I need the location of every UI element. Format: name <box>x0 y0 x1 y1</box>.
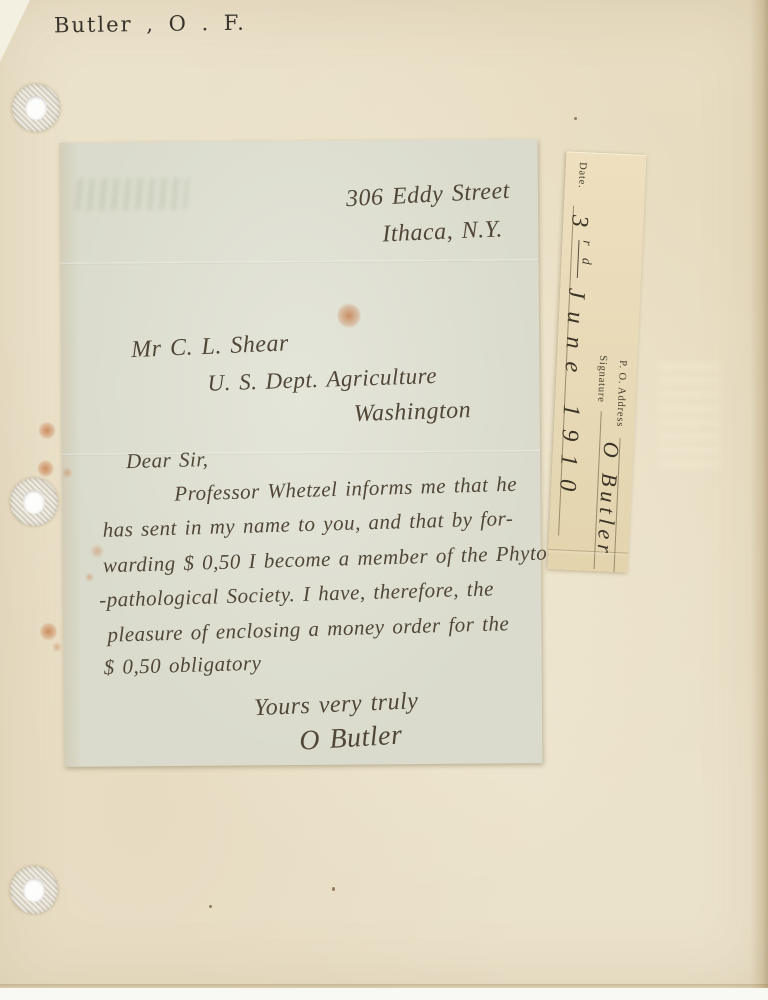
slip-date-day-suffix: rd <box>577 240 596 278</box>
punch-hole <box>25 96 47 120</box>
paper-speck <box>574 117 577 120</box>
letter-body-line-6: $ 0,50 obligatory <box>103 651 261 681</box>
ghost-ink-impression <box>74 178 189 211</box>
letter-recipient-line3: Washington <box>353 397 471 428</box>
hole-punch-middle <box>10 478 58 526</box>
scrapbook-page: Butler , O . F. 306 Eddy Street Ithaca, … <box>0 0 768 988</box>
slip-signature-label: Signature <box>595 355 608 403</box>
hole-punch-bottom <box>10 866 58 914</box>
letter-sender-address-line2: Ithaca, N.Y. <box>382 216 504 248</box>
fold-crease <box>60 259 538 265</box>
bent-corner <box>0 0 30 62</box>
punch-hole <box>23 490 45 514</box>
letter-body-line-1: Professor Whetzel informs me that he <box>174 472 517 507</box>
rust-stain <box>91 545 104 558</box>
letter-recipient-line1: Mr C. L. Shear <box>131 330 290 364</box>
letter-salutation: Dear Sir, <box>126 447 209 474</box>
letter-paper: 306 Eddy Street Ithaca, N.Y. Mr C. L. Sh… <box>60 139 543 767</box>
catalog-annotation: Butler , O . F. <box>54 11 246 38</box>
rust-stain <box>37 460 54 477</box>
letter-valediction: Yours very truly <box>253 688 418 722</box>
rust-stain <box>40 622 57 641</box>
rust-stain <box>38 422 56 439</box>
embossed-impression <box>658 356 720 468</box>
slip-date-rest: June 1910 <box>554 287 590 504</box>
letter-signature: O Butler <box>298 720 403 758</box>
paper-speck <box>209 905 212 908</box>
letter-sender-address-line1: 306 Eddy Street <box>345 178 510 213</box>
letter-body-line-2: has sent in my name to you, and that by … <box>102 506 513 543</box>
paper-speck <box>332 887 335 891</box>
rust-stain <box>52 642 62 652</box>
rust-stain <box>85 573 94 582</box>
page-right-edge-shadow <box>750 0 768 988</box>
rust-stain <box>62 467 72 479</box>
rust-stain <box>337 303 361 329</box>
slip-date-label: Date. <box>576 162 588 189</box>
letter-body-line-5: pleasure of enclosing a money order for … <box>107 611 510 648</box>
date-signature-slip: Date. 3rdJune 1910 Signature O Butler P.… <box>548 151 647 572</box>
hole-punch-top <box>12 84 60 132</box>
letter-recipient-line2: U. S. Dept. Agriculture <box>207 363 437 397</box>
punch-hole <box>23 878 45 902</box>
letter-body-line-4: -pathological Society. I have, therefore… <box>99 576 494 612</box>
slip-date-day: 3 <box>566 215 593 241</box>
slip-po-address-label: P. O. Address <box>614 360 628 427</box>
letter-body-line-3: warding $ 0,50 I become a member of the … <box>103 540 556 578</box>
scanner-background <box>0 988 768 1000</box>
